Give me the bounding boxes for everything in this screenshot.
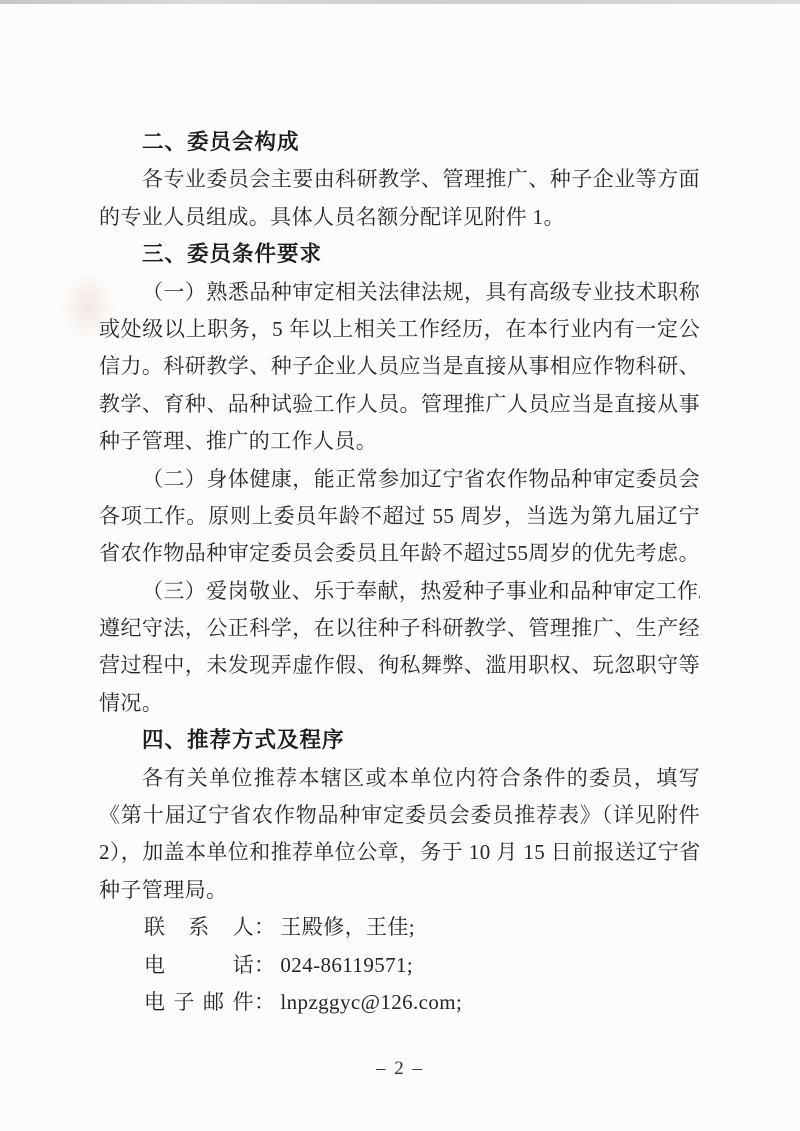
page-number: – 2 – [0, 1050, 800, 1087]
doc-line: 遵纪守法，公正科学，在以往种子科研教学、管理推广、生产经 [99, 610, 700, 647]
doc-line: 各项工作。原则上委员年龄不超过 55 周岁，当选为第九届辽宁 [99, 498, 700, 535]
contact-colon: ： [254, 915, 275, 939]
doc-line: 或处级以上职务，5 年以上相关工作经历，在本行业内有一定公 [99, 311, 700, 348]
contact-phone-label: 电话 [144, 947, 254, 984]
doc-line: 情况。 [99, 685, 700, 722]
doc-line: 教学、育种、品种试验工作人员。管理推广人员应当是直接从事 [99, 386, 700, 423]
doc-line: 省农作物品种审定委员会委员且年龄不超过55周岁的优先考虑。 [99, 535, 700, 572]
contact-phone-value: 024-86119571; [280, 953, 413, 977]
contact-person-value: 王殿修，王佳; [280, 915, 415, 939]
scan-edge-artifact [0, 0, 800, 4]
contact-email-value: lnpzggyc@126.com; [280, 990, 462, 1014]
doc-line: 种子管理、推广的工作人员。 [99, 423, 700, 460]
contact-email-label: 电子邮件 [144, 984, 254, 1021]
contact-colon: ： [254, 953, 275, 977]
scanned-document-page: 二、委员会构成 各专业委员会主要由科研教学、管理推广、种子企业等方面 的专业人员… [0, 0, 800, 1131]
section-heading-3: 三、委员条件要求 [99, 236, 700, 273]
document-body: 二、委员会构成 各专业委员会主要由科研教学、管理推广、种子企业等方面 的专业人员… [99, 124, 700, 1021]
doc-line: （一）熟悉品种审定相关法律法规，具有高级专业技术职称 [99, 274, 700, 311]
doc-line: 2），加盖本单位和推荐单位公章，务于 10 月 15 日前报送辽宁省 [99, 834, 700, 871]
doc-line: （二）身体健康，能正常参加辽宁省农作物品种审定委员会 [99, 461, 700, 498]
doc-line: 信力。科研教学、种子企业人员应当是直接从事相应作物科研、 [99, 348, 700, 385]
contact-phone-row: 电话：024-86119571; [99, 947, 700, 984]
section-heading-4: 四、推荐方式及程序 [99, 722, 700, 759]
doc-line: 《第十届辽宁省农作物品种审定委员会委员推荐表》（详见附件 [99, 797, 700, 834]
doc-line: 各有关单位推荐本辖区或本单位内符合条件的委员，填写 [99, 760, 700, 797]
doc-line: （三）爱岗敬业、乐于奉献，热爱种子事业和品种审定工作。 [99, 573, 700, 610]
doc-line: 种子管理局。 [99, 872, 700, 909]
doc-line: 各专业委员会主要由科研教学、管理推广、种子企业等方面 [99, 161, 700, 198]
contact-person-row: 联系人：王殿修，王佳; [99, 909, 700, 946]
contact-colon: ： [254, 990, 275, 1014]
contact-person-label: 联系人 [144, 909, 254, 946]
doc-line: 的专业人员组成。具体人员名额分配详见附件 1。 [99, 199, 700, 236]
section-heading-2: 二、委员会构成 [99, 124, 700, 161]
contact-email-row: 电子邮件：lnpzggyc@126.com; [99, 984, 700, 1021]
doc-line: 营过程中，未发现弄虚作假、徇私舞弊、滥用职权、玩忽职守等 [99, 647, 700, 684]
